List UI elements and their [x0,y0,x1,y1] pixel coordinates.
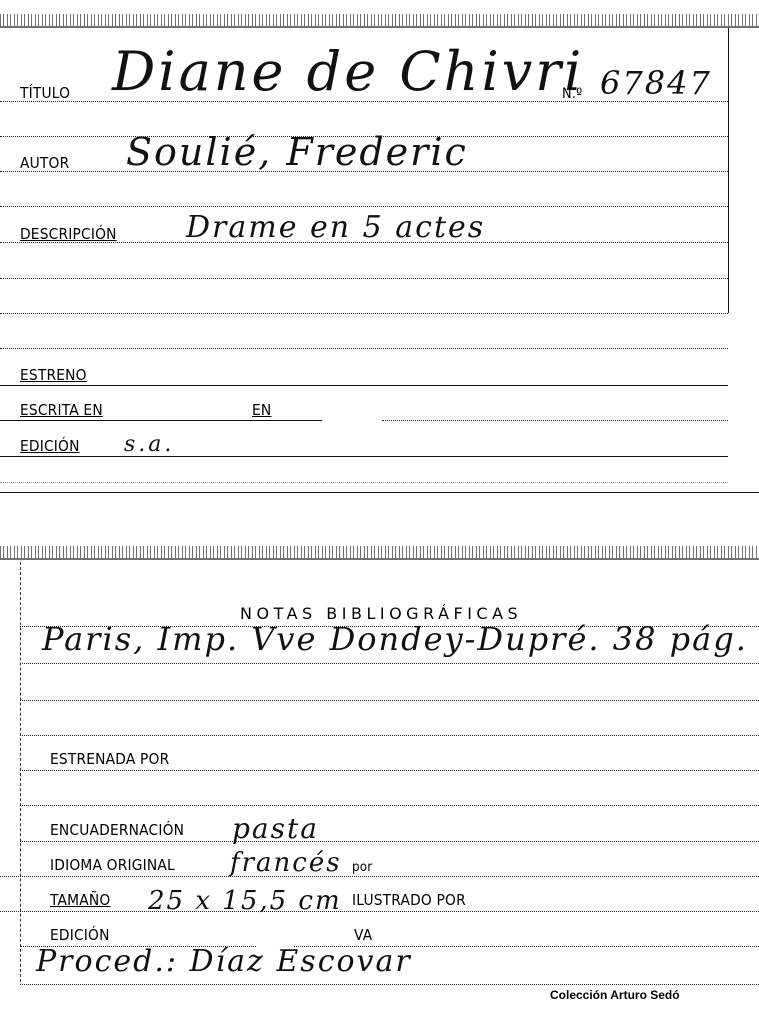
numero-value: 67847 [600,64,712,102]
line-8 [0,348,728,349]
line-7 [0,313,728,314]
escrita-en-line-right [382,420,728,421]
tamano-line [0,911,759,912]
autor-label: AUTOR [20,154,69,172]
idioma-original-value: francés [230,848,342,878]
edicion-line [0,456,728,457]
card-left-border [20,562,21,982]
scan-noise-top [0,14,759,28]
numero-label: N.º [562,86,582,102]
va-label: VA [354,926,372,944]
line-6 [0,278,728,279]
notas-line-4 [20,735,759,736]
estrenada-por-label: ESTRENADA POR [50,750,169,768]
edicion-back-label: EDICIÓN [50,926,110,944]
procedencia-value: Proced.: Díaz Escovar [36,944,412,979]
edicion-label: EDICIÓN [20,437,80,455]
collection-credit: Colección Arturo Sedó [550,988,680,1002]
autor-line [0,171,728,172]
titulo-label: TÍTULO [20,84,70,102]
ilustrado-por-label: ILUSTRADO POR [352,891,466,909]
descripcion-value: Drame en 5 actes [186,210,485,245]
estreno-line [0,385,728,386]
idioma-original-label: IDIOMA ORIGINAL [50,856,175,874]
notas-line-3 [20,700,759,701]
card-divider [0,492,759,493]
scan-noise-middle [0,546,759,560]
edicion-value: s.a. [124,432,174,457]
escrita-en-line [0,420,322,421]
escrita-en-label: ESCRITA EN [20,401,103,419]
notas-value: Paris, Imp. Vve Dondey-Dupré. 38 pág. [42,620,748,658]
estrenada-por-line [20,770,759,771]
line-blank [20,805,759,806]
descripcion-line [0,242,728,243]
autor-value: Soulié, Frederic [126,130,468,174]
por-label: por [352,860,372,875]
procedencia-line [20,984,759,985]
card-right-border [728,28,729,313]
titulo-line [0,101,728,102]
notas-line-2 [20,663,759,664]
escrita-en-en-label: EN [252,401,271,419]
descripcion-label: DESCRIPCIÓN [20,225,117,243]
line-4 [0,206,728,207]
line-bottom-faint [0,482,728,483]
encuadernacion-label: ENCUADERNACIÓN [50,821,184,839]
estreno-label: ESTRENO [20,366,87,384]
encuadernacion-line [20,841,759,842]
tamano-label: TAMAÑO [50,891,110,909]
titulo-value: Diane de Chivri [112,40,584,103]
idioma-line [0,876,759,877]
